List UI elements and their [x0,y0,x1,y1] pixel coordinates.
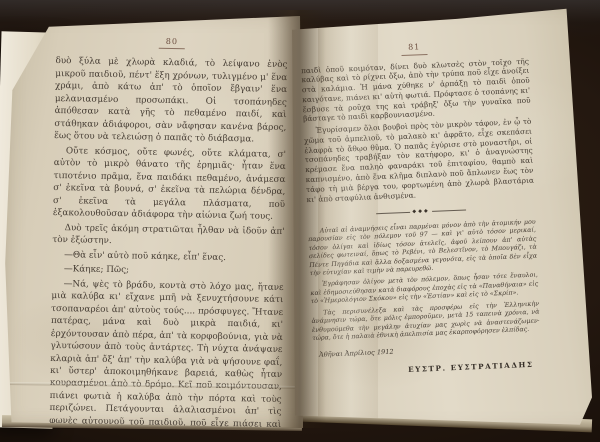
epilogue-paragraph: Αὐταὶ αἱ ἀναμνήσεις εἶναι παρμέναι μόνον… [308,218,538,278]
paragraph: Δυὸ τρεῖς ἀκόμη στρατιῶται ἦλθαν νὰ ἰδοῦ… [52,222,284,251]
book-page-right: 81 παιδὶ ὁποῦ κοιμόταν, δίνει δυὸ κλωτσὲ… [292,7,592,429]
paragraph: δυὸ ξύλα μὲ χλωρὰ κλαδιά, τὸ λείψανο ἑνὸ… [54,55,287,146]
dialogue-line: —Νά, ψὲς τὸ βράδυ, κοντὰ στὸ λόχο μας, ἤ… [49,278,284,442]
page-left-text-block: 80 δυὸ ξύλα μὲ χλωρὰ κλαδιά, τὸ λείψανο … [49,34,288,442]
page-right-text-block: 81 παιδὶ ὁποῦ κοιμόταν, δίνει δυὸ κλωτσὲ… [300,38,542,379]
author-epilogue: Αὐταὶ αἱ ἀναμνήσεις εἶναι παρμέναι μόνον… [308,218,541,343]
paragraph: Οὔτε κόσμος, οὔτε φωνές, οὔτε κλάματα, σ… [53,145,286,224]
page-number: 80 [159,36,185,50]
section-divider-ornament: ◆◆◆ [307,204,535,220]
dialogue-line: —Θὰ εἶν' αὐτὸ ποῦ κάηκε, εἶπ' ἕνας. [52,249,284,266]
paragraph: παιδὶ ὁποῦ κοιμόταν, δίνει δυὸ κλωτσὲς σ… [301,56,531,124]
page-number: 81 [401,42,428,56]
dateline: Ἀθῆναι Ἀπρίλιος 1912 [319,341,541,359]
epilogue-paragraph: Τὰς περισυνέλεξα καὶ τὰς προσφέρω εἰς τὴ… [311,300,540,343]
book-page-left: 80 δυὸ ξύλα μὲ χλωρὰ κλαδιά, τὸ λείψανο … [4,16,303,428]
diamond-ornament-icon: ◆◆◆ [410,208,432,215]
dialogue-line: —Κάηκε; Πῶς; [52,263,284,280]
photo-background: 80 δυὸ ξύλα μὲ χλωρὰ κλαδιά, τὸ λείψανο … [0,0,600,442]
author-signature: ΕΥΣΤΡ. ΕΥΣΤΡΑΤΙΑΔΗΣ [314,360,534,379]
paragraph: Ἐγυρίσαμεν ὅλοι βουβοὶ πρὸς τὸν μικρὸν τ… [303,117,534,205]
